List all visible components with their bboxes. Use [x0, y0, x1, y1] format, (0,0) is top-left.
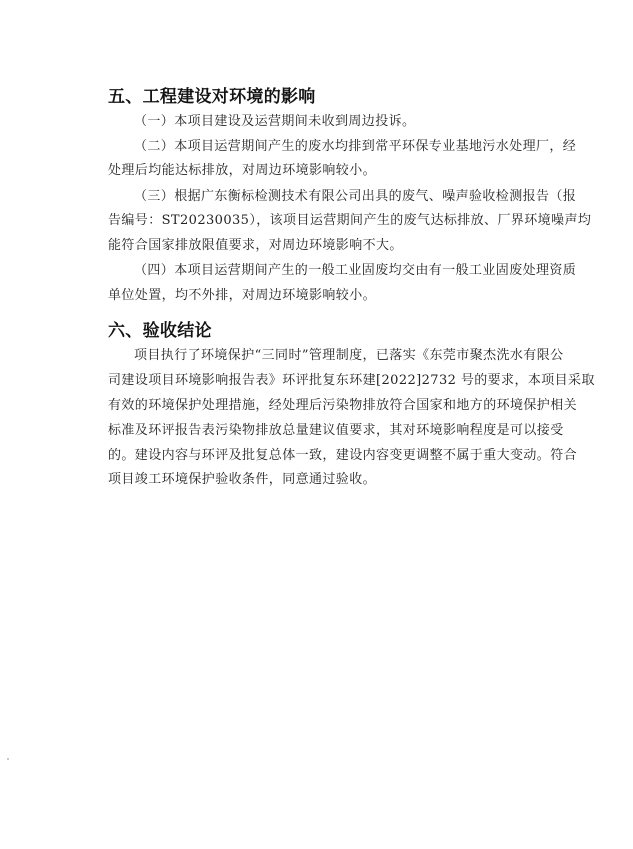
paragraph-line: 单位处置，均不外排，对周边环境影响较小。	[108, 288, 376, 304]
section-heading-environmental-impact: 五、工程建设对环境的影响	[108, 82, 316, 107]
paragraph-line: （二）本项目运营期间产生的废水均排到常平环保专业基地污水处理厂，经	[134, 139, 576, 155]
section-heading-acceptance-conclusion: 六、验收结论	[108, 316, 212, 341]
paragraph-line: 标准及环评报告表污染物排放总量建议值要求，其对环境影响程度是可以接受	[108, 423, 564, 439]
paragraph-line: 的。建设内容与环评及批复总体一致，建设内容变更调整不属于重大变动。符合	[108, 448, 577, 464]
paragraph-line: 有效的环境保护处理措施，经处理后污染物排放符合国家和地方的环境保护相关	[108, 398, 577, 414]
paragraph-line: 能符合国家排放限值要求，对周边环境影响不大。	[108, 238, 403, 254]
paragraph-line: （一）本项目建设及运营期间未收到周边投诉。	[134, 114, 415, 130]
paragraph-line: （四）本项目运营期间产生的一般工业固废均交由有一般工业固废处理资质	[134, 263, 576, 279]
paragraph-line: 项目执行了环境保护“三同时”管理制度，已落实《东莞市聚杰洗水有限公	[134, 348, 564, 364]
paragraph-line: 告编号：ST20230035），该项目运营期间产生的废气达标排放、厂界环境噪声均	[108, 213, 591, 229]
paragraph-line: 处理后均能达标排放，对周边环境影响较小。	[108, 163, 376, 179]
paragraph-line: 司建设项目环境影响报告表》环评批复东环建[2022]2732 号的要求，本项目采…	[108, 373, 595, 389]
paragraph-line: （三）根据广东衡标检测技术有限公司出具的废气、噪声验收检测报告（报	[134, 189, 576, 205]
document-page: 五、工程建设对环境的影响 （一）本项目建设及运营期间未收到周边投诉。 （二）本项…	[0, 0, 633, 849]
paragraph-line: 项目竣工环境保护验收条件，同意通过验收。	[108, 472, 376, 488]
scan-speck	[7, 758, 9, 760]
